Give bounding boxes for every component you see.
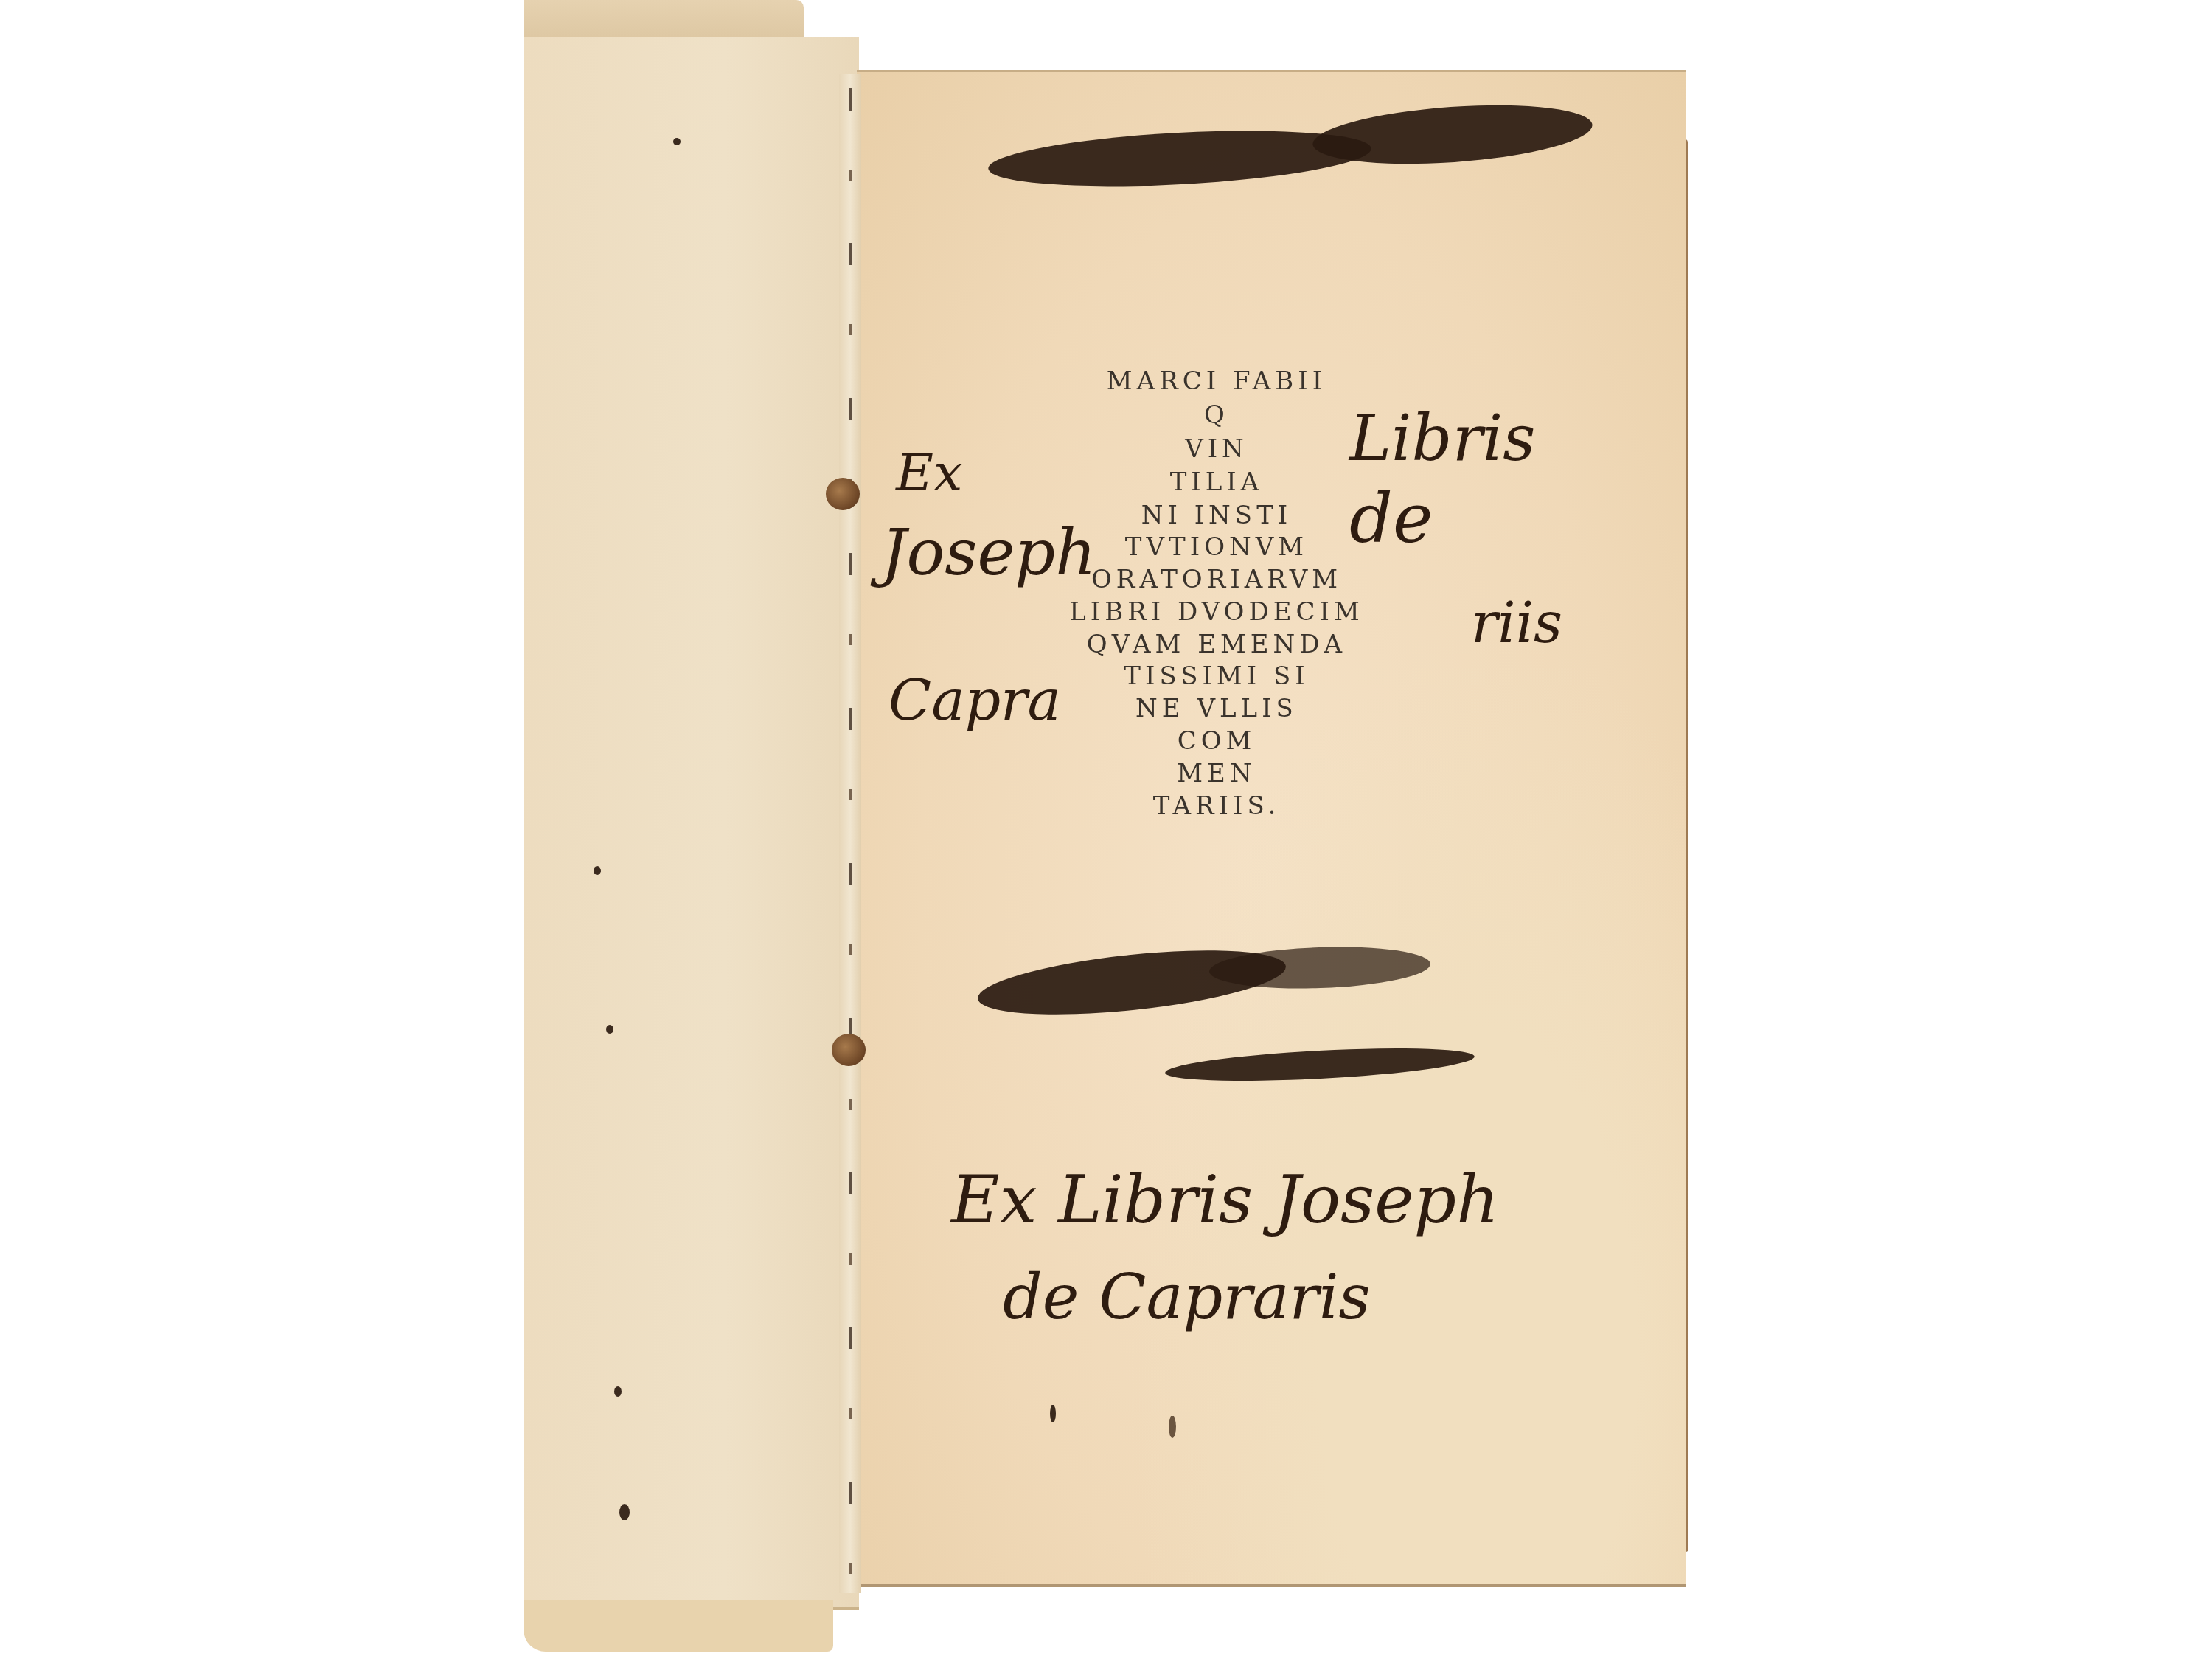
binding-thread-knot-icon bbox=[826, 478, 860, 510]
binding-stitch-line bbox=[849, 88, 852, 1593]
wormhole bbox=[614, 1386, 622, 1397]
title-line: MEN bbox=[981, 759, 1453, 788]
title-line: LIBRI DVODECIM bbox=[981, 597, 1453, 627]
cover-board-bottom bbox=[524, 1600, 833, 1652]
wormhole bbox=[594, 866, 601, 875]
wormhole bbox=[673, 138, 681, 145]
handwritten-libris: Libris bbox=[1349, 402, 1535, 476]
ownership-inscription-line2: de Capraris bbox=[1003, 1261, 1371, 1333]
title-page bbox=[857, 70, 1686, 1587]
wormhole bbox=[619, 1504, 630, 1520]
wormhole bbox=[1050, 1405, 1056, 1422]
title-line: TARIIS. bbox=[981, 791, 1453, 821]
flyleaf-page bbox=[524, 37, 859, 1610]
title-line: QVAM EMENDA bbox=[981, 630, 1453, 659]
ownership-inscription-line1: Ex Libris Joseph bbox=[951, 1161, 1499, 1239]
handwritten-capra: Capra bbox=[888, 667, 1061, 733]
handwritten-de: de bbox=[1349, 479, 1433, 558]
title-line: MARCI FABII bbox=[981, 366, 1453, 396]
handwritten-joseph: Joseph bbox=[881, 516, 1096, 590]
handwritten-ex: Ex bbox=[896, 442, 963, 503]
binding-thread-knot-icon bbox=[832, 1034, 866, 1066]
handwritten-riis: riis bbox=[1471, 590, 1562, 655]
wormhole bbox=[1169, 1416, 1176, 1438]
wormhole bbox=[606, 1025, 613, 1034]
